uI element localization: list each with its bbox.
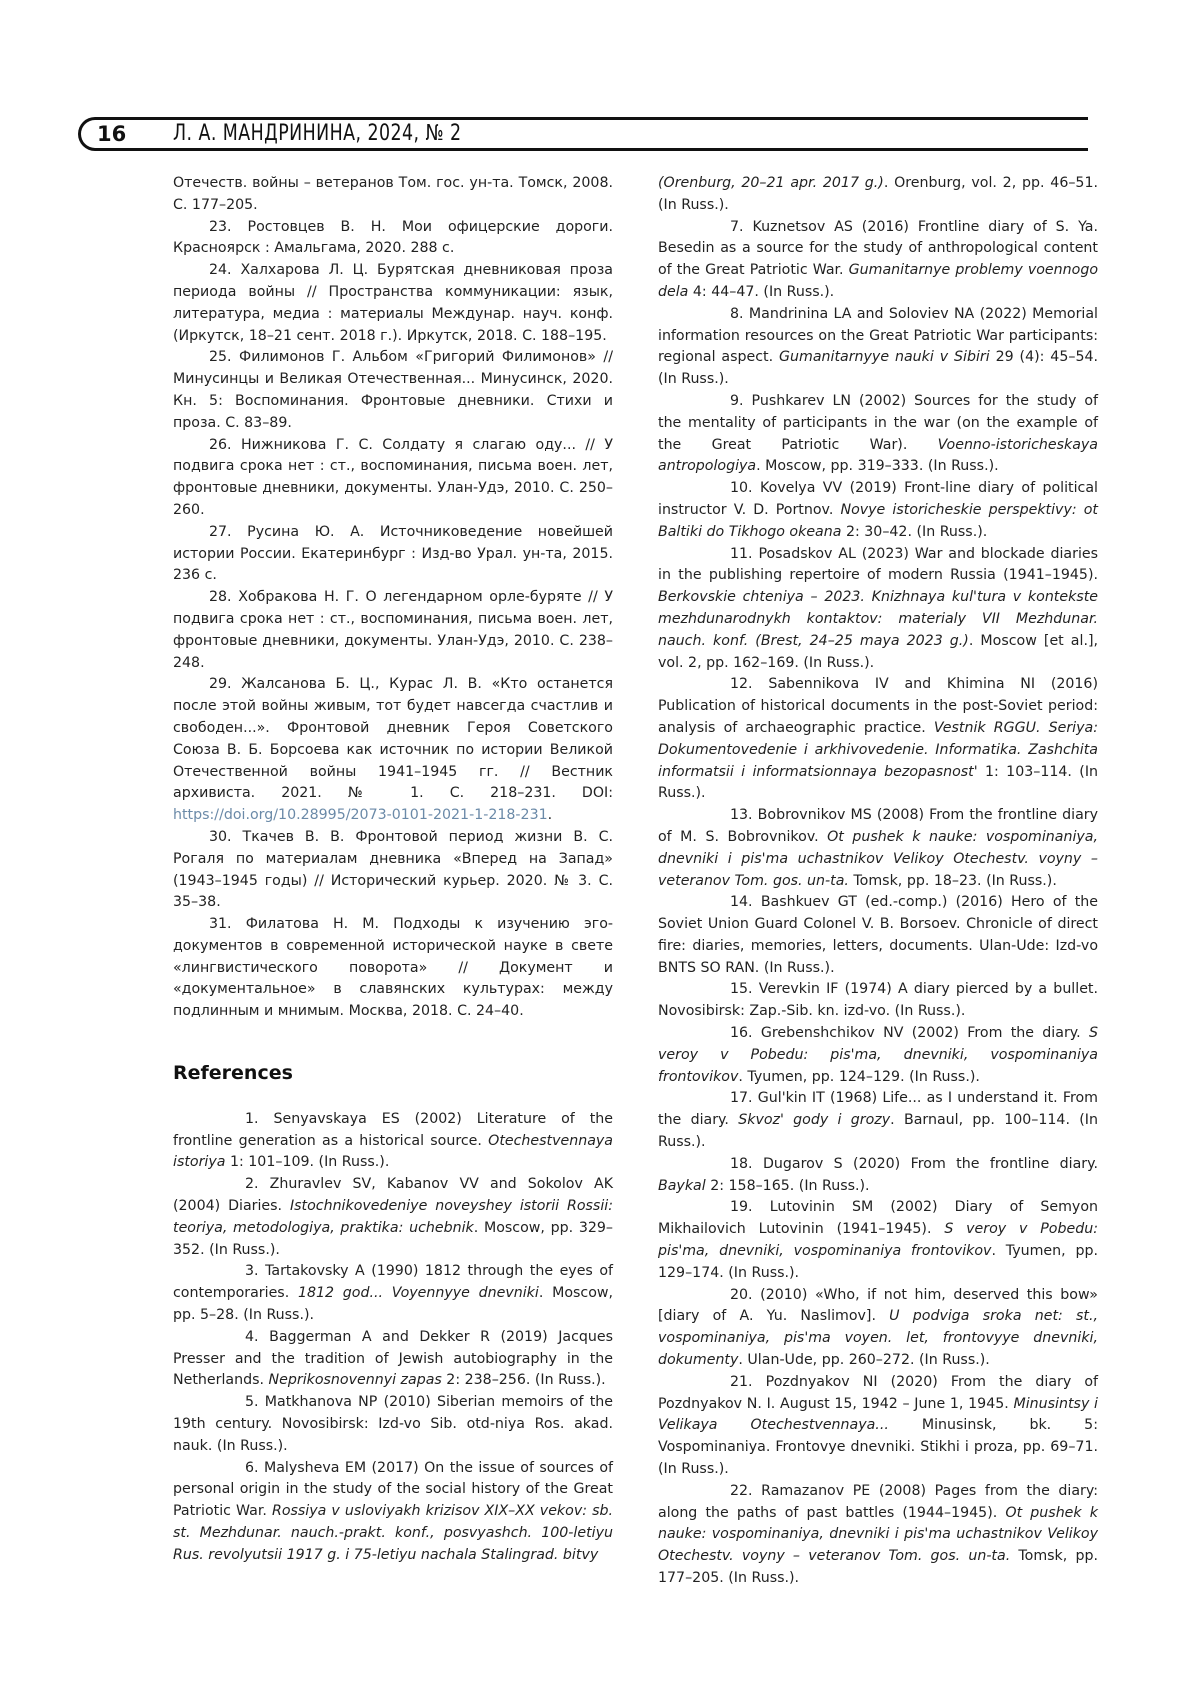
page-number: 16: [97, 122, 126, 146]
running-header: 16 Л. А. МАНДРИНИНА, 2024, № 2: [78, 117, 1088, 151]
reference-item: 30. Ткачев В. В. Фронтовой период жизни …: [173, 827, 613, 914]
reference-item: 12. Sabennikova IV and Khimina NI (2016)…: [658, 674, 1098, 805]
reference-item: 6. Malysheva EM (2017) On the issue of s…: [173, 1458, 613, 1567]
reference-item: 10. Kovelya VV (2019) Front-line diary o…: [658, 478, 1098, 543]
reference-item: 15. Verevkin IF (1974) A diary pierced b…: [658, 979, 1098, 1023]
reference-item: 9. Pushkarev LN (2002) Sources for the s…: [658, 391, 1098, 478]
right-column: (Orenburg, 20–21 apr. 2017 g.). Orenburg…: [658, 173, 1098, 1590]
reference-item: 19. Lutovinin SM (2002) Diary of Semyon …: [658, 1197, 1098, 1284]
running-title: Л. А. МАНДРИНИНА, 2024, № 2: [173, 121, 462, 146]
reference-item: 13. Bobrovnikov MS (2008) From the front…: [658, 805, 1098, 892]
english-reference-list: 1. Senyavskaya ES (2002) Literature of t…: [173, 1109, 613, 1567]
reference-item: 16. Grebenshchikov NV (2002) From the di…: [658, 1023, 1098, 1088]
reference-continuation: Отечеств. войны – ветеранов Том. гос. ун…: [173, 173, 613, 217]
reference-item: 26. Нижникова Г. С. Солдату я слагаю оду…: [173, 435, 613, 522]
left-column: Отечеств. войны – ветеранов Том. гос. ун…: [173, 173, 613, 1567]
reference-item: 28. Хобракова Н. Г. О легендарном орле-б…: [173, 587, 613, 674]
doi-link[interactable]: https://doi.org/10.28995/2073-0101-2021-…: [173, 807, 548, 823]
reference-item: 20. (2010) «Who, if not him, deserved th…: [658, 1285, 1098, 1372]
reference-item: 24. Халхарова Л. Ц. Бурятская дневникова…: [173, 260, 613, 347]
reference-item: 23. Ростовцев В. Н. Мои офицерские дорог…: [173, 217, 613, 261]
reference-item: 11. Posadskov AL (2023) War and blockade…: [658, 544, 1098, 675]
reference-item: 31. Филатова Н. М. Подходы к изучению эг…: [173, 914, 613, 1023]
reference-item: 14. Bashkuev GT (ed.-comp.) (2016) Hero …: [658, 892, 1098, 979]
reference-continuation: (Orenburg, 20–21 apr. 2017 g.). Orenburg…: [658, 173, 1098, 217]
reference-item: 1. Senyavskaya ES (2002) Literature of t…: [173, 1109, 613, 1174]
reference-item: 18. Dugarov S (2020) From the frontline …: [658, 1154, 1098, 1198]
reference-item: 5. Matkhanova NP (2010) Siberian memoirs…: [173, 1392, 613, 1457]
russian-reference-list: 23. Ростовцев В. Н. Мои офицерские дорог…: [173, 217, 613, 1023]
reference-item: 4. Baggerman A and Dekker R (2019) Jacqu…: [173, 1327, 613, 1392]
reference-item: 2. Zhuravlev SV, Kabanov VV and Sokolov …: [173, 1174, 613, 1261]
reference-item: 3. Tartakovsky A (1990) 1812 through the…: [173, 1261, 613, 1326]
reference-item: 29. Жалсанова Б. Ц., Курас Л. В. «Кто ос…: [173, 674, 613, 827]
reference-item: 21. Pozdnyakov NI (2020) From the diary …: [658, 1372, 1098, 1481]
reference-item: 25. Филимонов Г. Альбом «Григорий Филимо…: [173, 347, 613, 434]
reference-item: 7. Kuznetsov AS (2016) Frontline diary o…: [658, 217, 1098, 304]
reference-item: 8. Mandrinina LA and Soloviev NA (2022) …: [658, 304, 1098, 391]
references-heading: References: [173, 1063, 613, 1085]
reference-item: 22. Ramazanov PE (2008) Pages from the d…: [658, 1481, 1098, 1590]
reference-item: 27. Русина Ю. А. Источниковедение новейш…: [173, 522, 613, 587]
reference-item: 17. Gul'kin IT (1968) Life... as I under…: [658, 1088, 1098, 1153]
